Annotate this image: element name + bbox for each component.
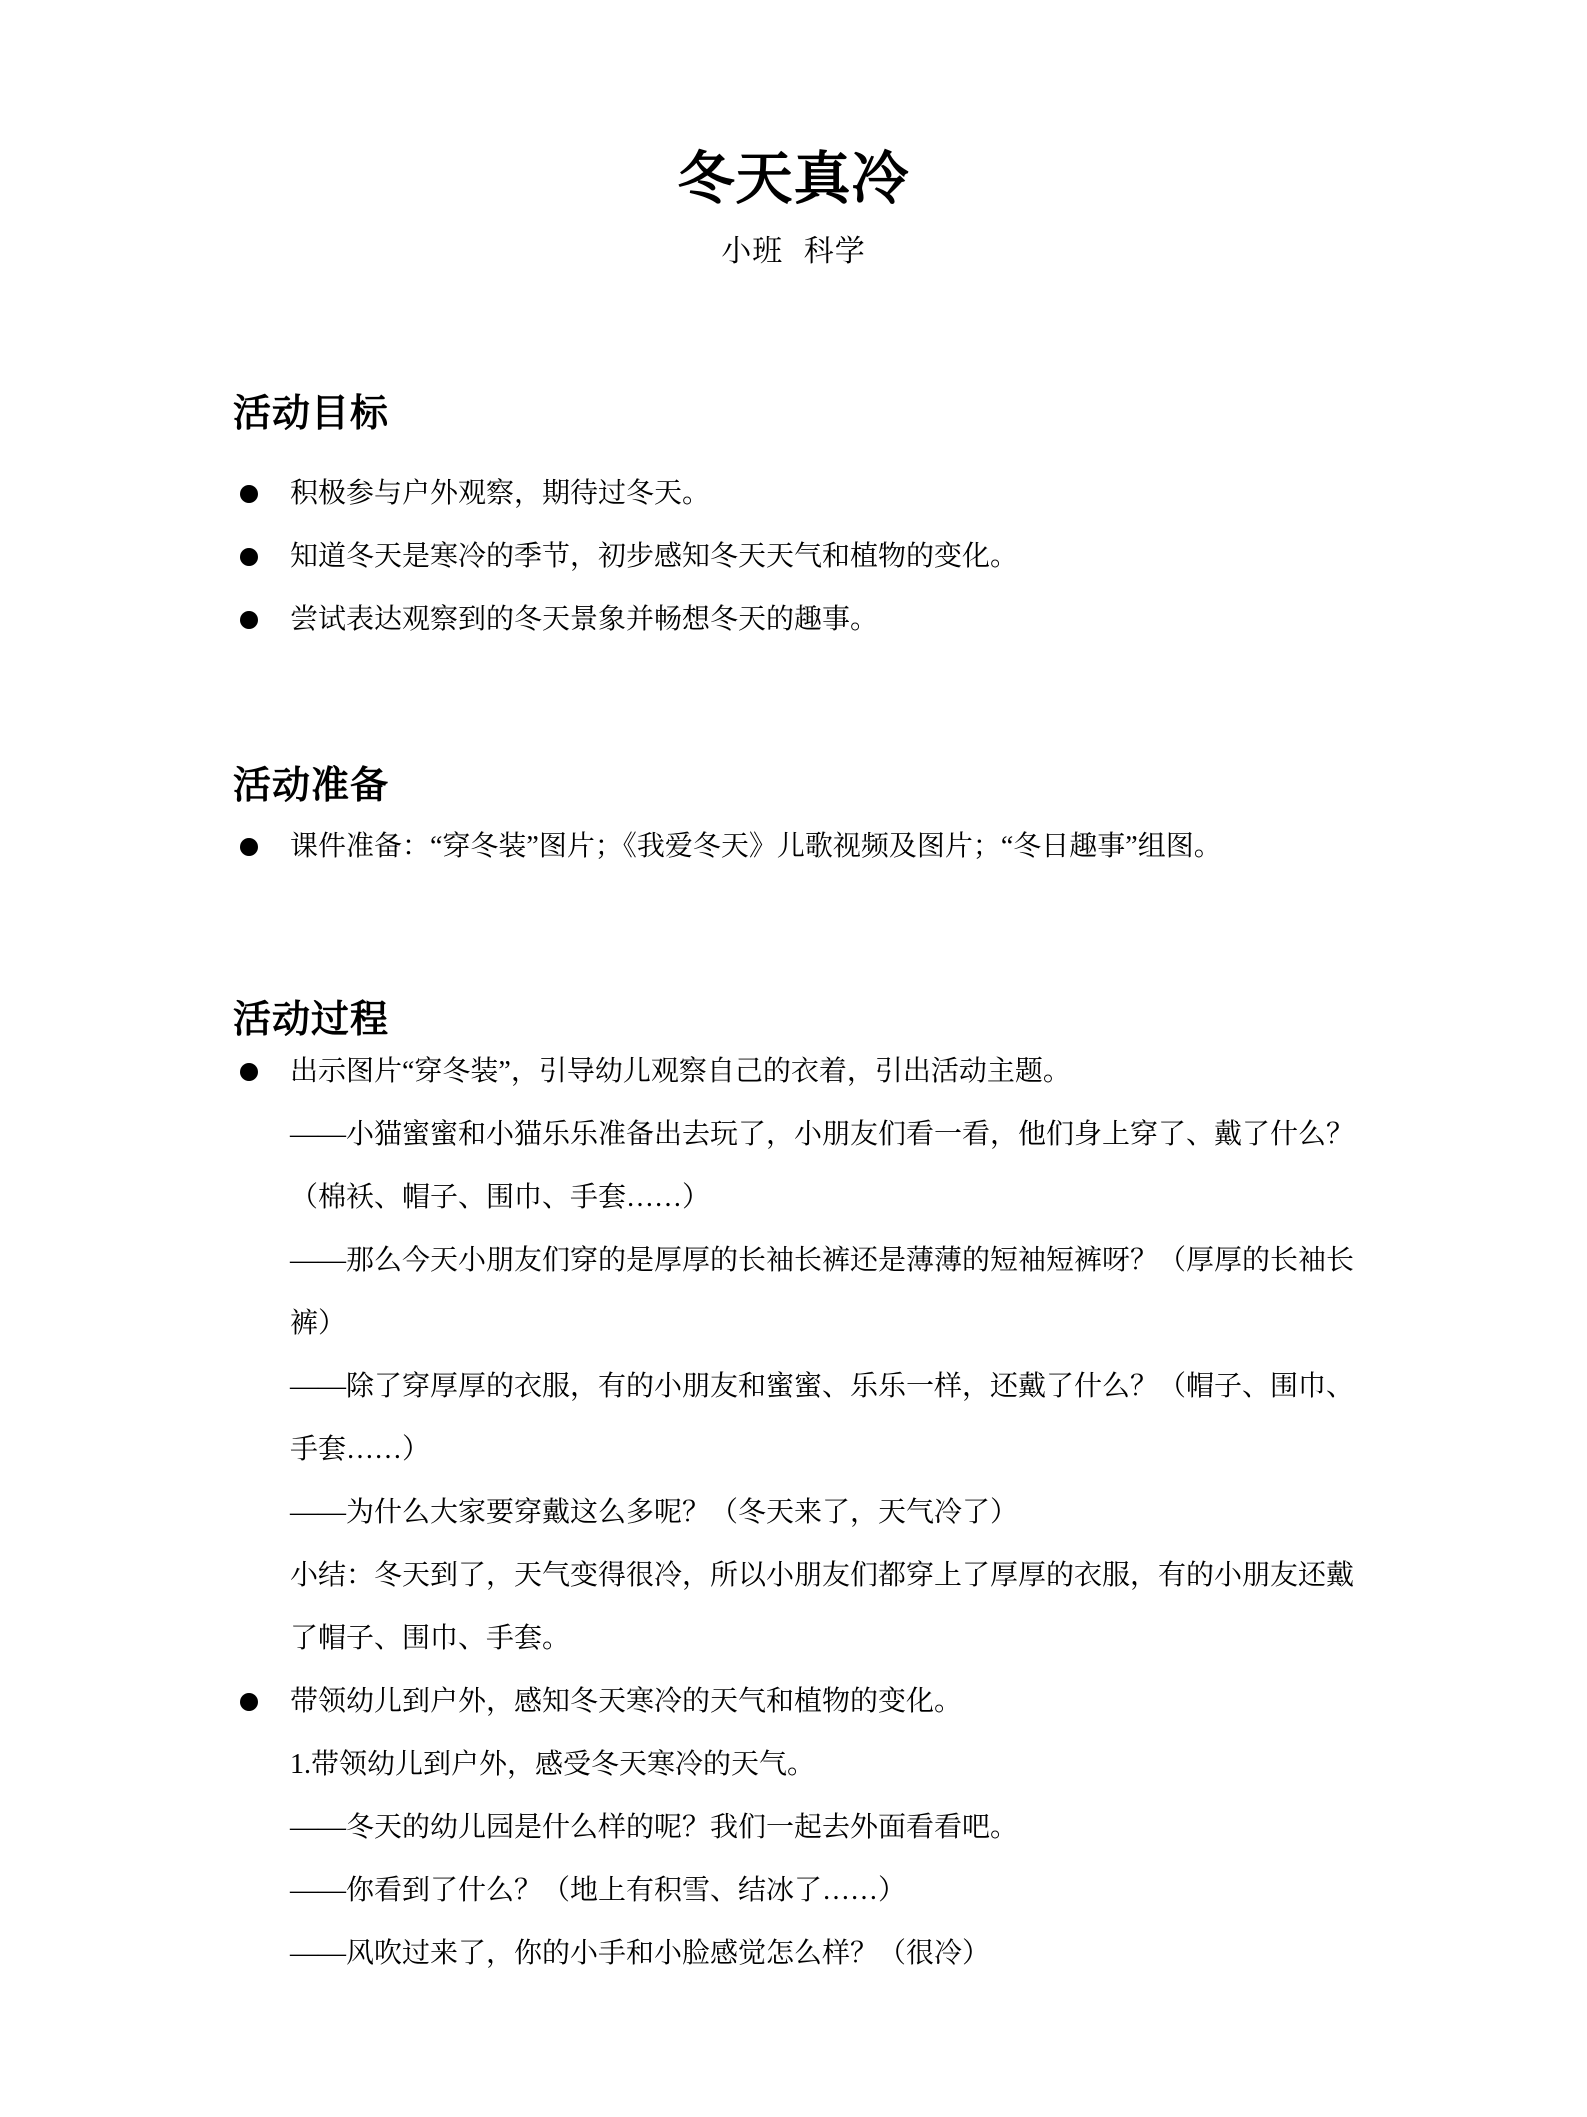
section-heading: 活动目标 [233,390,389,438]
text-line: 手套……） [233,1418,1368,1481]
document-page: 冬天真冷 小班 科学 活动目标积极参与户外观察，期待过冬天。知道冬天是寒冷的季节… [0,0,1587,2117]
text-line: ——冬天的幼儿园是什么样的呢？我们一起去外面看看吧。 [233,1796,1368,1859]
bullet-dot-icon [240,838,258,856]
bullet-item: 积极参与户外观察，期待过冬天。 [233,462,1368,525]
line-text: 带领幼儿到户外，感知冬天寒冷的天气和植物的变化。 [290,1685,962,1719]
line-text: 出示图片“穿冬装”，引导幼儿观察自己的衣着，引出活动主题。 [290,1055,1071,1089]
bullet-item: 尝试表达观察到的冬天景象并畅想冬天的趣事。 [233,588,1368,651]
line-text: ——你看到了什么？（地上有积雪、结冰了……） [290,1874,906,1908]
text-line: （棉袄、帽子、围巾、手套……） [233,1166,1368,1229]
line-text: 积极参与户外观察，期待过冬天。 [290,477,710,511]
text-line: ——小猫蜜蜜和小猫乐乐准备出去玩了，小朋友们看一看，他们身上穿了、戴了什么？ [233,1103,1368,1166]
bullet-dot-icon [240,1063,258,1081]
text-line: ——除了穿厚厚的衣服，有的小朋友和蜜蜜、乐乐一样，还戴了什么？（帽子、围巾、 [233,1355,1368,1418]
line-text: 裤） [290,1307,346,1341]
section-heading: 活动过程 [233,996,389,1044]
text-line: 1.带领幼儿到户外，感受冬天寒冷的天气。 [233,1733,1368,1796]
bullet-dot-icon [240,485,258,503]
line-text: 尝试表达观察到的冬天景象并畅想冬天的趣事。 [290,603,878,637]
text-line: ——风吹过来了，你的小手和小脸感觉怎么样？（很冷） [233,1922,1368,1985]
section-lines: 积极参与户外观察，期待过冬天。知道冬天是寒冷的季节，初步感知冬天天气和植物的变化… [233,462,1368,651]
section-heading: 活动准备 [233,762,389,810]
line-text: ——冬天的幼儿园是什么样的呢？我们一起去外面看看吧。 [290,1811,1018,1845]
section-lines: 出示图片“穿冬装”，引导幼儿观察自己的衣着，引出活动主题。——小猫蜜蜜和小猫乐乐… [233,1040,1368,1985]
bullet-dot-icon [240,611,258,629]
bullet-item: 知道冬天是寒冷的季节，初步感知冬天天气和植物的变化。 [233,525,1368,588]
text-line: 小结：冬天到了，天气变得很冷，所以小朋友们都穿上了厚厚的衣服，有的小朋友还戴 [233,1544,1368,1607]
document-subtitle: 小班 科学 [0,232,1587,272]
line-text: （棉袄、帽子、围巾、手套……） [290,1181,710,1215]
line-text: ——为什么大家要穿戴这么多呢？（冬天来了，天气冷了） [290,1496,1018,1530]
line-text: 1.带领幼儿到户外，感受冬天寒冷的天气。 [290,1748,815,1782]
line-text: 课件准备：“穿冬装”图片；《我爱冬天》儿歌视频及图片；“冬日趣事”组图。 [290,830,1222,864]
bullet-item: 出示图片“穿冬装”，引导幼儿观察自己的衣着，引出活动主题。 [233,1040,1368,1103]
text-line: 裤） [233,1292,1368,1355]
line-text: ——除了穿厚厚的衣服，有的小朋友和蜜蜜、乐乐一样，还戴了什么？（帽子、围巾、 [290,1370,1354,1404]
bullet-dot-icon [240,1693,258,1711]
line-text: 手套……） [290,1433,430,1467]
text-line: ——你看到了什么？（地上有积雪、结冰了……） [233,1859,1368,1922]
line-text: 小结：冬天到了，天气变得很冷，所以小朋友们都穿上了厚厚的衣服，有的小朋友还戴 [290,1559,1354,1593]
text-line: 了帽子、围巾、手套。 [233,1607,1368,1670]
section-lines: 课件准备：“穿冬装”图片；《我爱冬天》儿歌视频及图片；“冬日趣事”组图。 [233,815,1368,878]
document-title: 冬天真冷 [0,145,1587,215]
bullet-item: 带领幼儿到户外，感知冬天寒冷的天气和植物的变化。 [233,1670,1368,1733]
line-text: ——那么今天小朋友们穿的是厚厚的长袖长裤还是薄薄的短袖短裤呀？（厚厚的长袖长 [290,1244,1354,1278]
line-text: ——风吹过来了，你的小手和小脸感觉怎么样？（很冷） [290,1937,990,1971]
line-text: ——小猫蜜蜜和小猫乐乐准备出去玩了，小朋友们看一看，他们身上穿了、戴了什么？ [290,1118,1354,1152]
bullet-item: 课件准备：“穿冬装”图片；《我爱冬天》儿歌视频及图片；“冬日趣事”组图。 [233,815,1368,878]
text-line: ——为什么大家要穿戴这么多呢？（冬天来了，天气冷了） [233,1481,1368,1544]
text-line: ——那么今天小朋友们穿的是厚厚的长袖长裤还是薄薄的短袖短裤呀？（厚厚的长袖长 [233,1229,1368,1292]
line-text: 知道冬天是寒冷的季节，初步感知冬天天气和植物的变化。 [290,540,1018,574]
line-text: 了帽子、围巾、手套。 [290,1622,570,1656]
bullet-dot-icon [240,548,258,566]
